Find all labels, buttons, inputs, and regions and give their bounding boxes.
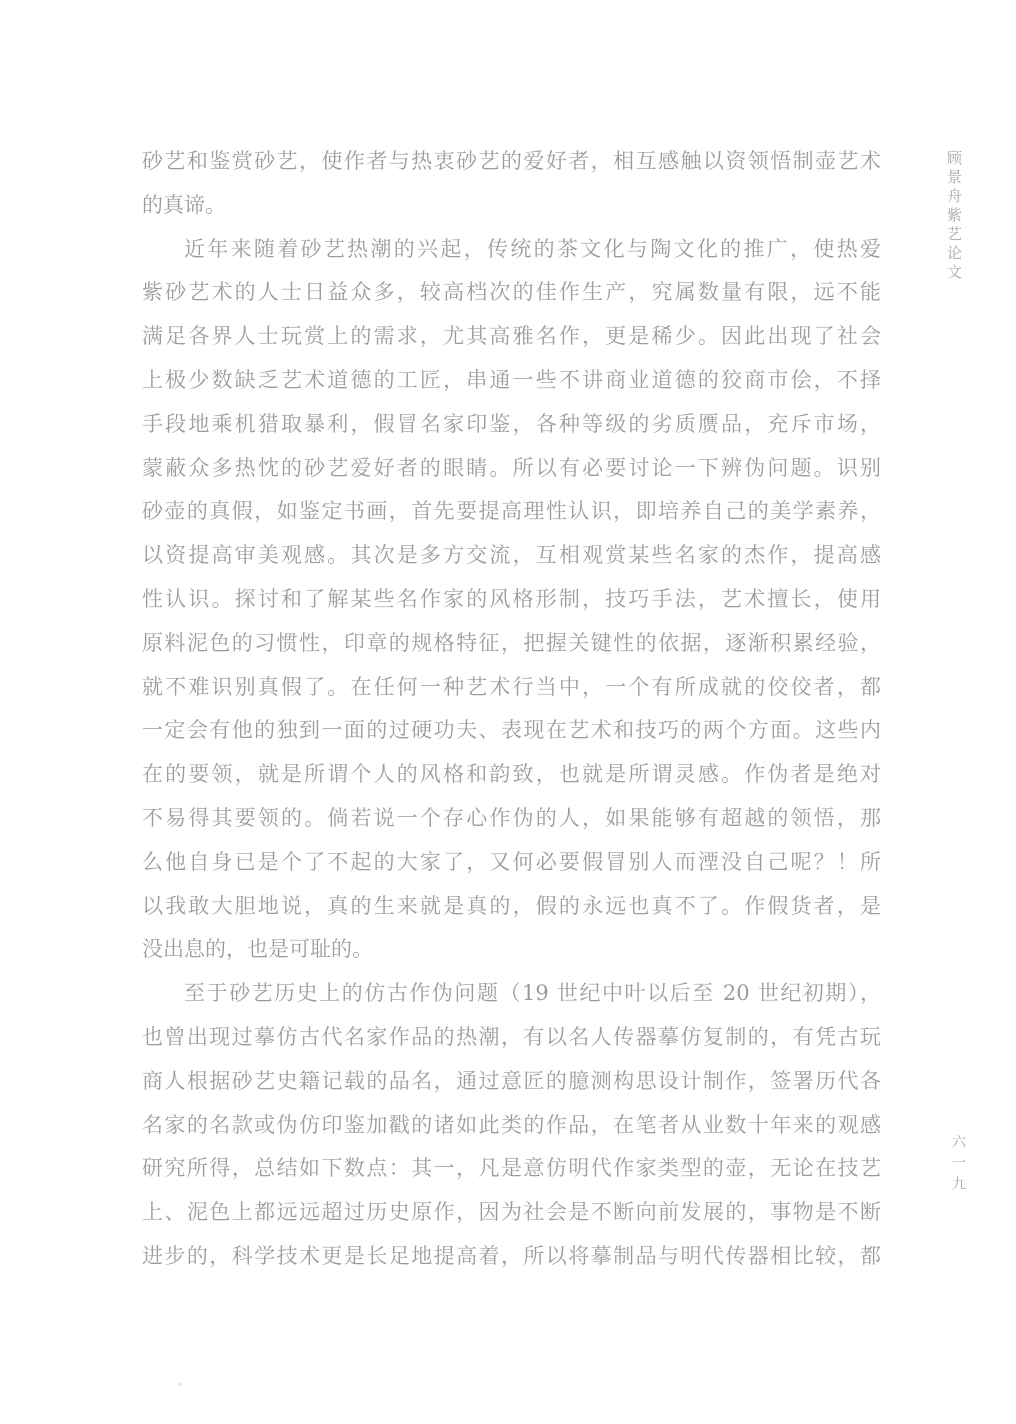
body-line: 满足各界人士玩赏上的需求，尤其高雅名作，更是稀少。因此出现了社会: [142, 315, 881, 359]
body-line: 么他自身已是个了不起的大家了，又何必要假冒别人而湮没自己呢？！所: [142, 841, 881, 885]
paragraph: 至于砂艺历史上的仿古作伪问题（19 世纪中叶以后至 20 世纪初期）， 也曾出现…: [142, 972, 881, 1279]
body-line: 商人根据砂艺史籍记载的品名，通过意匠的臆测构思设计制作，签署历代各: [142, 1060, 881, 1104]
body-line: 以资提高审美观感。其次是多方交流，互相观赏某些名家的杰作，提高感: [142, 534, 881, 578]
body-line: 也曾出现过摹仿古代名家作品的热潮，有以名人传器摹仿复制的，有凭古玩: [142, 1016, 881, 1060]
body-line: 名家的名款或伪仿印鉴加戳的诸如此类的作品，在笔者从业数十年来的观感: [142, 1104, 881, 1148]
body-line: 至于砂艺历史上的仿古作伪问题（19 世纪中叶以后至 20 世纪初期），: [142, 972, 881, 1016]
body-line: 砂壶的真假，如鉴定书画，首先要提高理性认识，即培养自己的美学素养，: [142, 490, 881, 534]
paragraph: 近年来随着砂艺热潮的兴起，传统的茶文化与陶文化的推广，使热爱 紫砂艺术的人士日益…: [142, 228, 881, 973]
body-line: 近年来随着砂艺热潮的兴起，传统的茶文化与陶文化的推广，使热爱: [142, 228, 881, 272]
body-line: 研究所得，总结如下数点：其一，凡是意仿明代作家类型的壶，无论在技艺: [142, 1147, 881, 1191]
book-page: 砂艺和鉴赏砂艺，使作者与热衷砂艺的爱好者，相互感触以资领悟制壶艺术 的真谛。 近…: [0, 0, 1016, 1424]
body-line: 在的要领，就是所谓个人的风格和韵致，也就是所谓灵感。作伪者是绝对: [142, 753, 881, 797]
paragraph: 砂艺和鉴赏砂艺，使作者与热衷砂艺的爱好者，相互感触以资领悟制壶艺术 的真谛。: [142, 140, 881, 228]
body-line: 进步的，科学技术更是长足地提高着，所以将摹制品与明代传器相比较，都: [142, 1235, 881, 1279]
body-line: 手段地乘机猎取暴利，假冒名家印鉴，各种等级的劣质赝品，充斥市场，: [142, 403, 881, 447]
body-line: 原料泥色的习惯性，印章的规格特征，把握关键性的依据，逐渐积累经验，: [142, 622, 881, 666]
body-line: 上极少数缺乏艺术道德的工匠，串通一些不讲商业道德的狡商市侩，不择: [142, 359, 881, 403]
body-line: 一定会有他的独到一面的过硬功夫、表现在艺术和技巧的两个方面。这些内: [142, 709, 881, 753]
margin-book-title: 顾景舟紫艺论文: [944, 150, 965, 283]
body-line: 紫砂艺术的人士日益众多，较高档次的佳作生产，究属数量有限，远不能: [142, 271, 881, 315]
body-line: 蒙蔽众多热忱的砂艺爱好者的眼睛。所以有必要讨论一下辨伪问题。识别: [142, 447, 881, 491]
body-text: 砂艺和鉴赏砂艺，使作者与热衷砂艺的爱好者，相互感触以资领悟制壶艺术 的真谛。 近…: [142, 140, 881, 1279]
ink-speck: [179, 1383, 182, 1386]
body-line: 以我敢大胆地说，真的生来就是真的，假的永远也真不了。作假货者，是: [142, 885, 881, 929]
page-number: 六一九: [948, 1134, 968, 1197]
body-line: 的真谛。: [142, 184, 881, 228]
body-line: 就不难识别真假了。在任何一种艺术行当中，一个有所成就的佼佼者，都: [142, 666, 881, 710]
body-line: 上、泥色上都远远超过历史原作，因为社会是不断向前发展的，事物是不断: [142, 1191, 881, 1235]
body-line: 没出息的，也是可耻的。: [142, 928, 881, 972]
body-line: 性认识。探讨和了解某些名作家的风格形制，技巧手法，艺术擅长，使用: [142, 578, 881, 622]
body-line: 砂艺和鉴赏砂艺，使作者与热衷砂艺的爱好者，相互感触以资领悟制壶艺术: [142, 140, 881, 184]
body-line: 不易得其要领的。倘若说一个存心作伪的人，如果能够有超越的领悟，那: [142, 797, 881, 841]
